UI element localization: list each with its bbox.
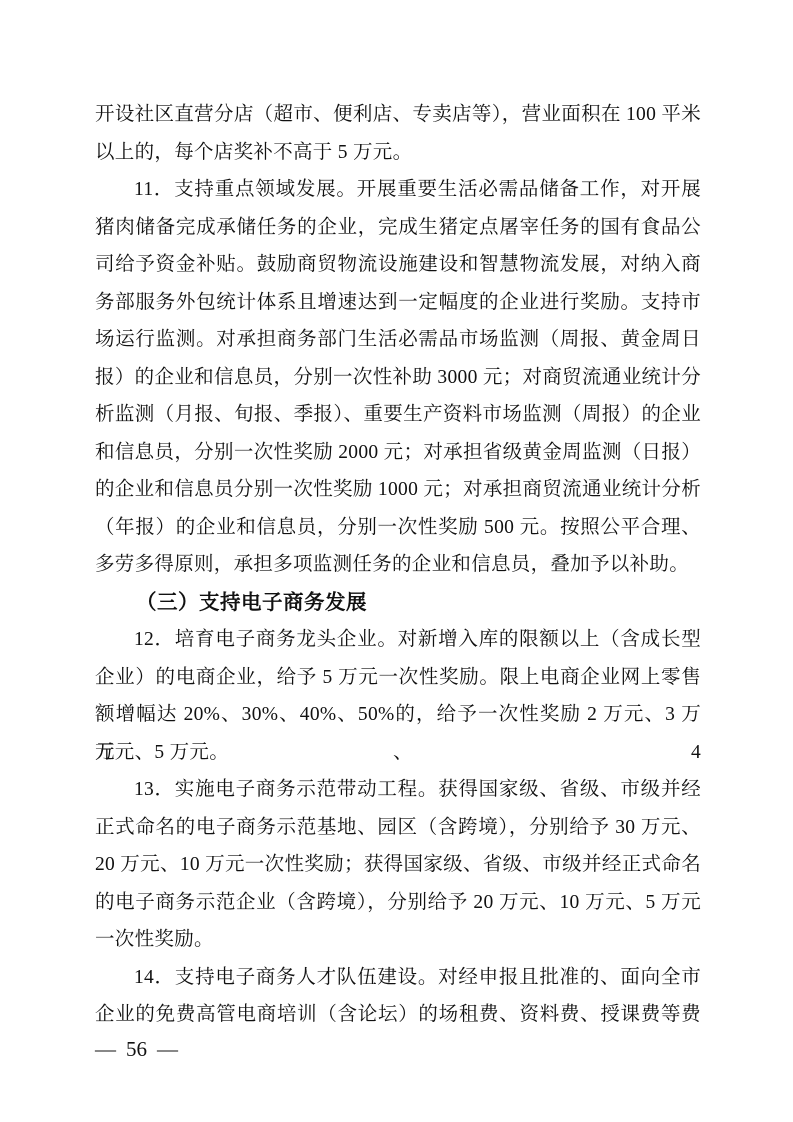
text-line: 12．培育电子商务龙头企业。对新增入库的限额以上（含成长型	[95, 621, 701, 659]
text-line: 务部服务外包统计体系且增速达到一定幅度的企业进行奖励。支持市	[95, 284, 701, 322]
section-heading: （三）支持电子商务发展	[95, 584, 701, 622]
text-line: 13．实施电子商务示范带动工程。获得国家级、省级、市级并经	[95, 771, 701, 809]
document-body: 开设社区直营分店（超市、便利店、专卖店等），营业面积在 100 平米以上的，每个…	[95, 96, 701, 1034]
text-line: 析监测（月报、旬报、季报）、重要生产资料市场监测（周报）的企业	[95, 396, 701, 434]
text-line: 以上的，每个店奖补不高于 5 万元。	[95, 134, 701, 172]
text-line: 场运行监测。对承担商务部门生活必需品市场监测（周报、黄金周日	[95, 321, 701, 359]
text-line: 猪肉储备完成承储任务的企业，完成生猪定点屠宰任务的国有食品公	[95, 209, 701, 247]
text-line: （年报）的企业和信息员，分别一次性奖励 500 元。按照公平合理、	[95, 509, 701, 547]
text-line: 一次性奖励。	[95, 921, 701, 959]
text-line: 开设社区直营分店（超市、便利店、专卖店等），营业面积在 100 平米	[95, 96, 701, 134]
footer-right-dash: —	[157, 1034, 178, 1064]
text-line: 20 万元、10 万元一次性奖励；获得国家级、省级、市级并经正式命名	[95, 846, 701, 884]
page-footer: —56—	[95, 1034, 178, 1064]
text-line: 企业）的电商企业，给予 5 万元一次性奖励。限上电商企业网上零售	[95, 659, 701, 697]
text-line: 正式命名的电子商务示范基地、园区（含跨境），分别给予 30 万元、	[95, 809, 701, 847]
document-page: 开设社区直营分店（超市、便利店、专卖店等），营业面积在 100 平米以上的，每个…	[0, 0, 793, 1122]
text-line: 司给予资金补贴。鼓励商贸物流设施建设和智慧物流发展，对纳入商	[95, 246, 701, 284]
text-line: 14．支持电子商务人才队伍建设。对经申报且批准的、面向全市	[95, 959, 701, 997]
text-line: 额增幅达 20%、30%、40%、50%的，给予一次性奖励 2 万元、3 万元、…	[95, 696, 701, 734]
text-line: 11．支持重点领域发展。开展重要生活必需品储备工作，对开展	[95, 171, 701, 209]
text-line: 和信息员，分别一次性奖励 2000 元；对承担省级黄金周监测（日报）	[95, 434, 701, 472]
text-line: 企业的免费高管电商培训（含论坛）的场租费、资料费、授课费等费	[95, 996, 701, 1034]
footer-left-dash: —	[95, 1034, 116, 1064]
text-line: 报）的企业和信息员，分别一次性补助 3000 元；对商贸流通业统计分	[95, 359, 701, 397]
text-line: 的电子商务示范企业（含跨境），分别给予 20 万元、10 万元、5 万元	[95, 884, 701, 922]
text-line: 多劳多得原则，承担多项监测任务的企业和信息员，叠加予以补助。	[95, 546, 701, 584]
text-line: 的企业和信息员分别一次性奖励 1000 元；对承担商贸流通业统计分析	[95, 471, 701, 509]
page-number: 56	[126, 1034, 147, 1064]
